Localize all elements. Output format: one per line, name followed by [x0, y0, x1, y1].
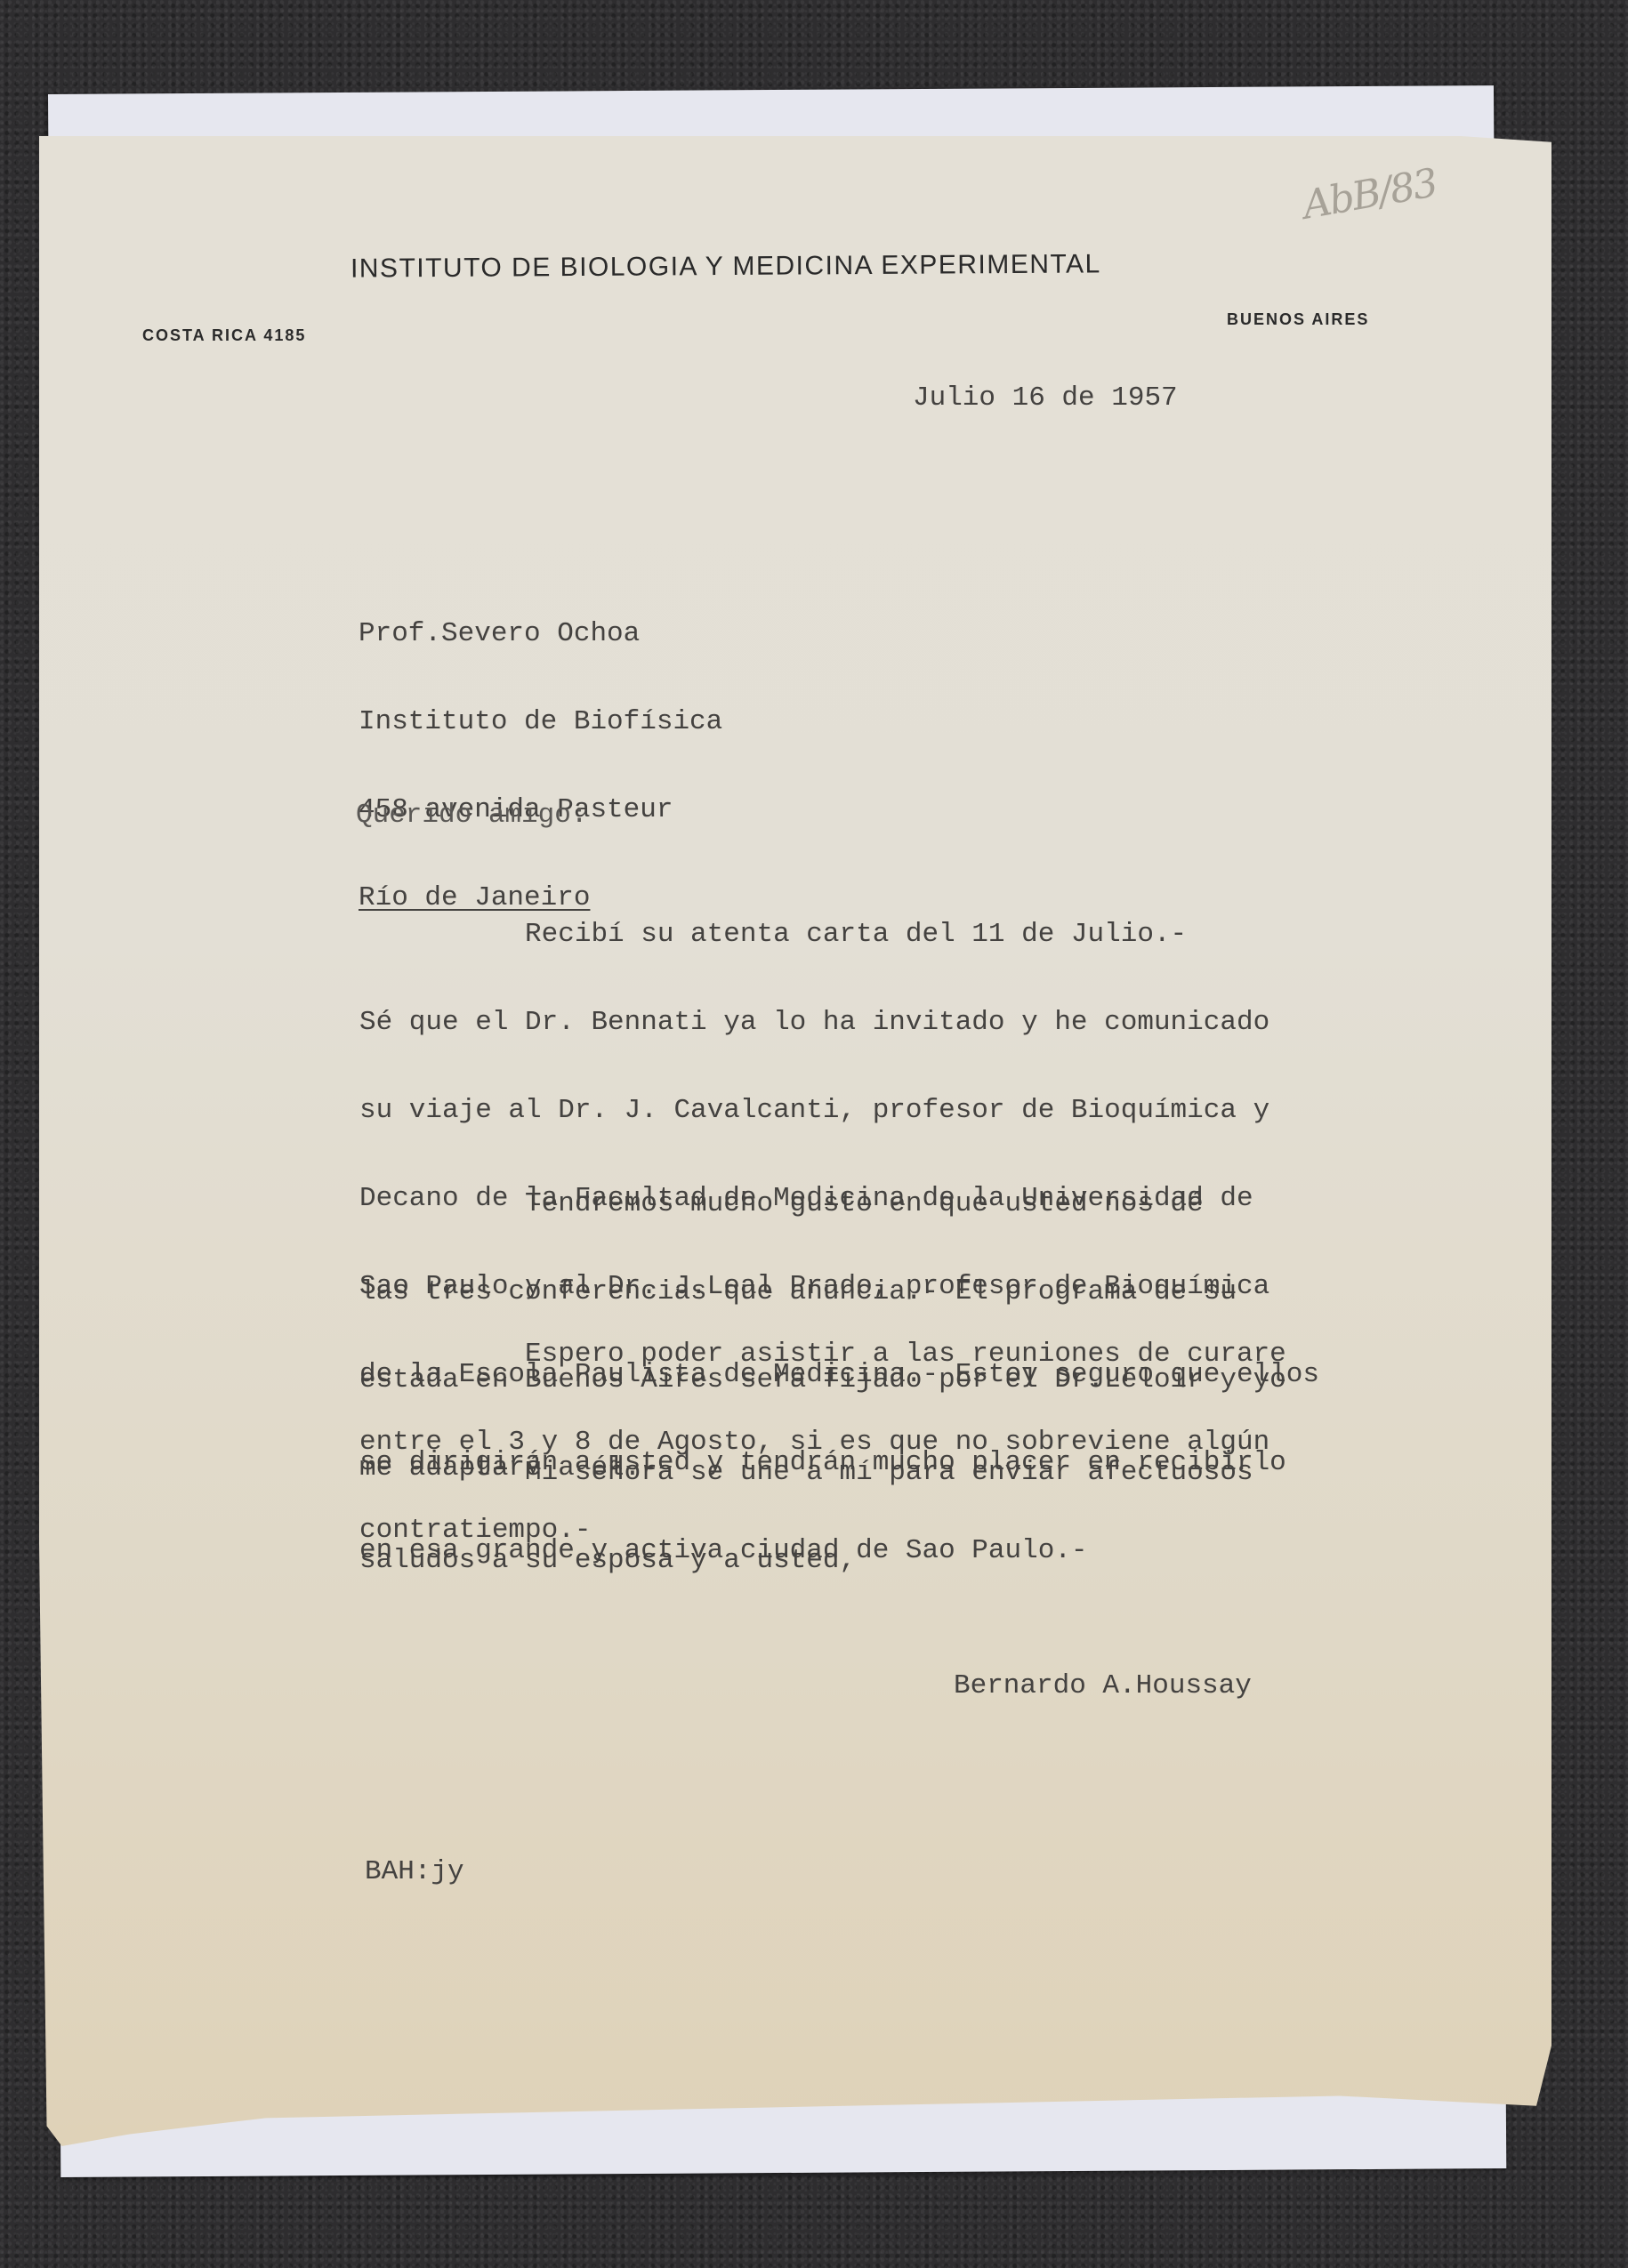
letterhead-city: BUENOS AIRES [1227, 310, 1369, 329]
signature: Bernardo A.Houssay [954, 1671, 1252, 1701]
paragraph-line: Tendremos mucho gusto en que usted nos d… [359, 1189, 1286, 1218]
paragraph-line: saludos a su esposa y a usted, [359, 1546, 1253, 1575]
paragraph-line: Mi señora se une a mí para enviar afectu… [359, 1458, 1253, 1487]
reference-initials: BAH:jy [365, 1857, 464, 1886]
letter-page: AbB/83 INSTITUTO DE BIOLOGIA Y MEDICINA … [39, 136, 1551, 2146]
archive-annotation: AbB/83 [1300, 160, 1440, 228]
paragraph-line: su viaje al Dr. J. Cavalcanti, profesor … [359, 1096, 1319, 1125]
letterhead-institution: INSTITUTO DE BIOLOGIA Y MEDICINA EXPERIM… [351, 249, 1101, 284]
paragraph-line: Espero poder asistir a las reuniones de … [359, 1339, 1286, 1369]
letterhead-address: COSTA RICA 4185 [142, 326, 306, 345]
paragraph-line: Sé que el Dr. Bennati ya lo ha invitado … [359, 1008, 1319, 1037]
salutation: Querido amigo: [356, 800, 587, 830]
body-paragraph-4: Mi señora se une a mí para enviar afectu… [359, 1399, 1253, 1634]
recipient-institution: Instituto de Biofísica [359, 707, 722, 736]
letter-date: Julio 16 de 1957 [913, 383, 1178, 413]
paragraph-line: Recibí su atenta carta del 11 de Julio.- [359, 920, 1319, 949]
recipient-name: Prof.Severo Ochoa [359, 619, 722, 648]
